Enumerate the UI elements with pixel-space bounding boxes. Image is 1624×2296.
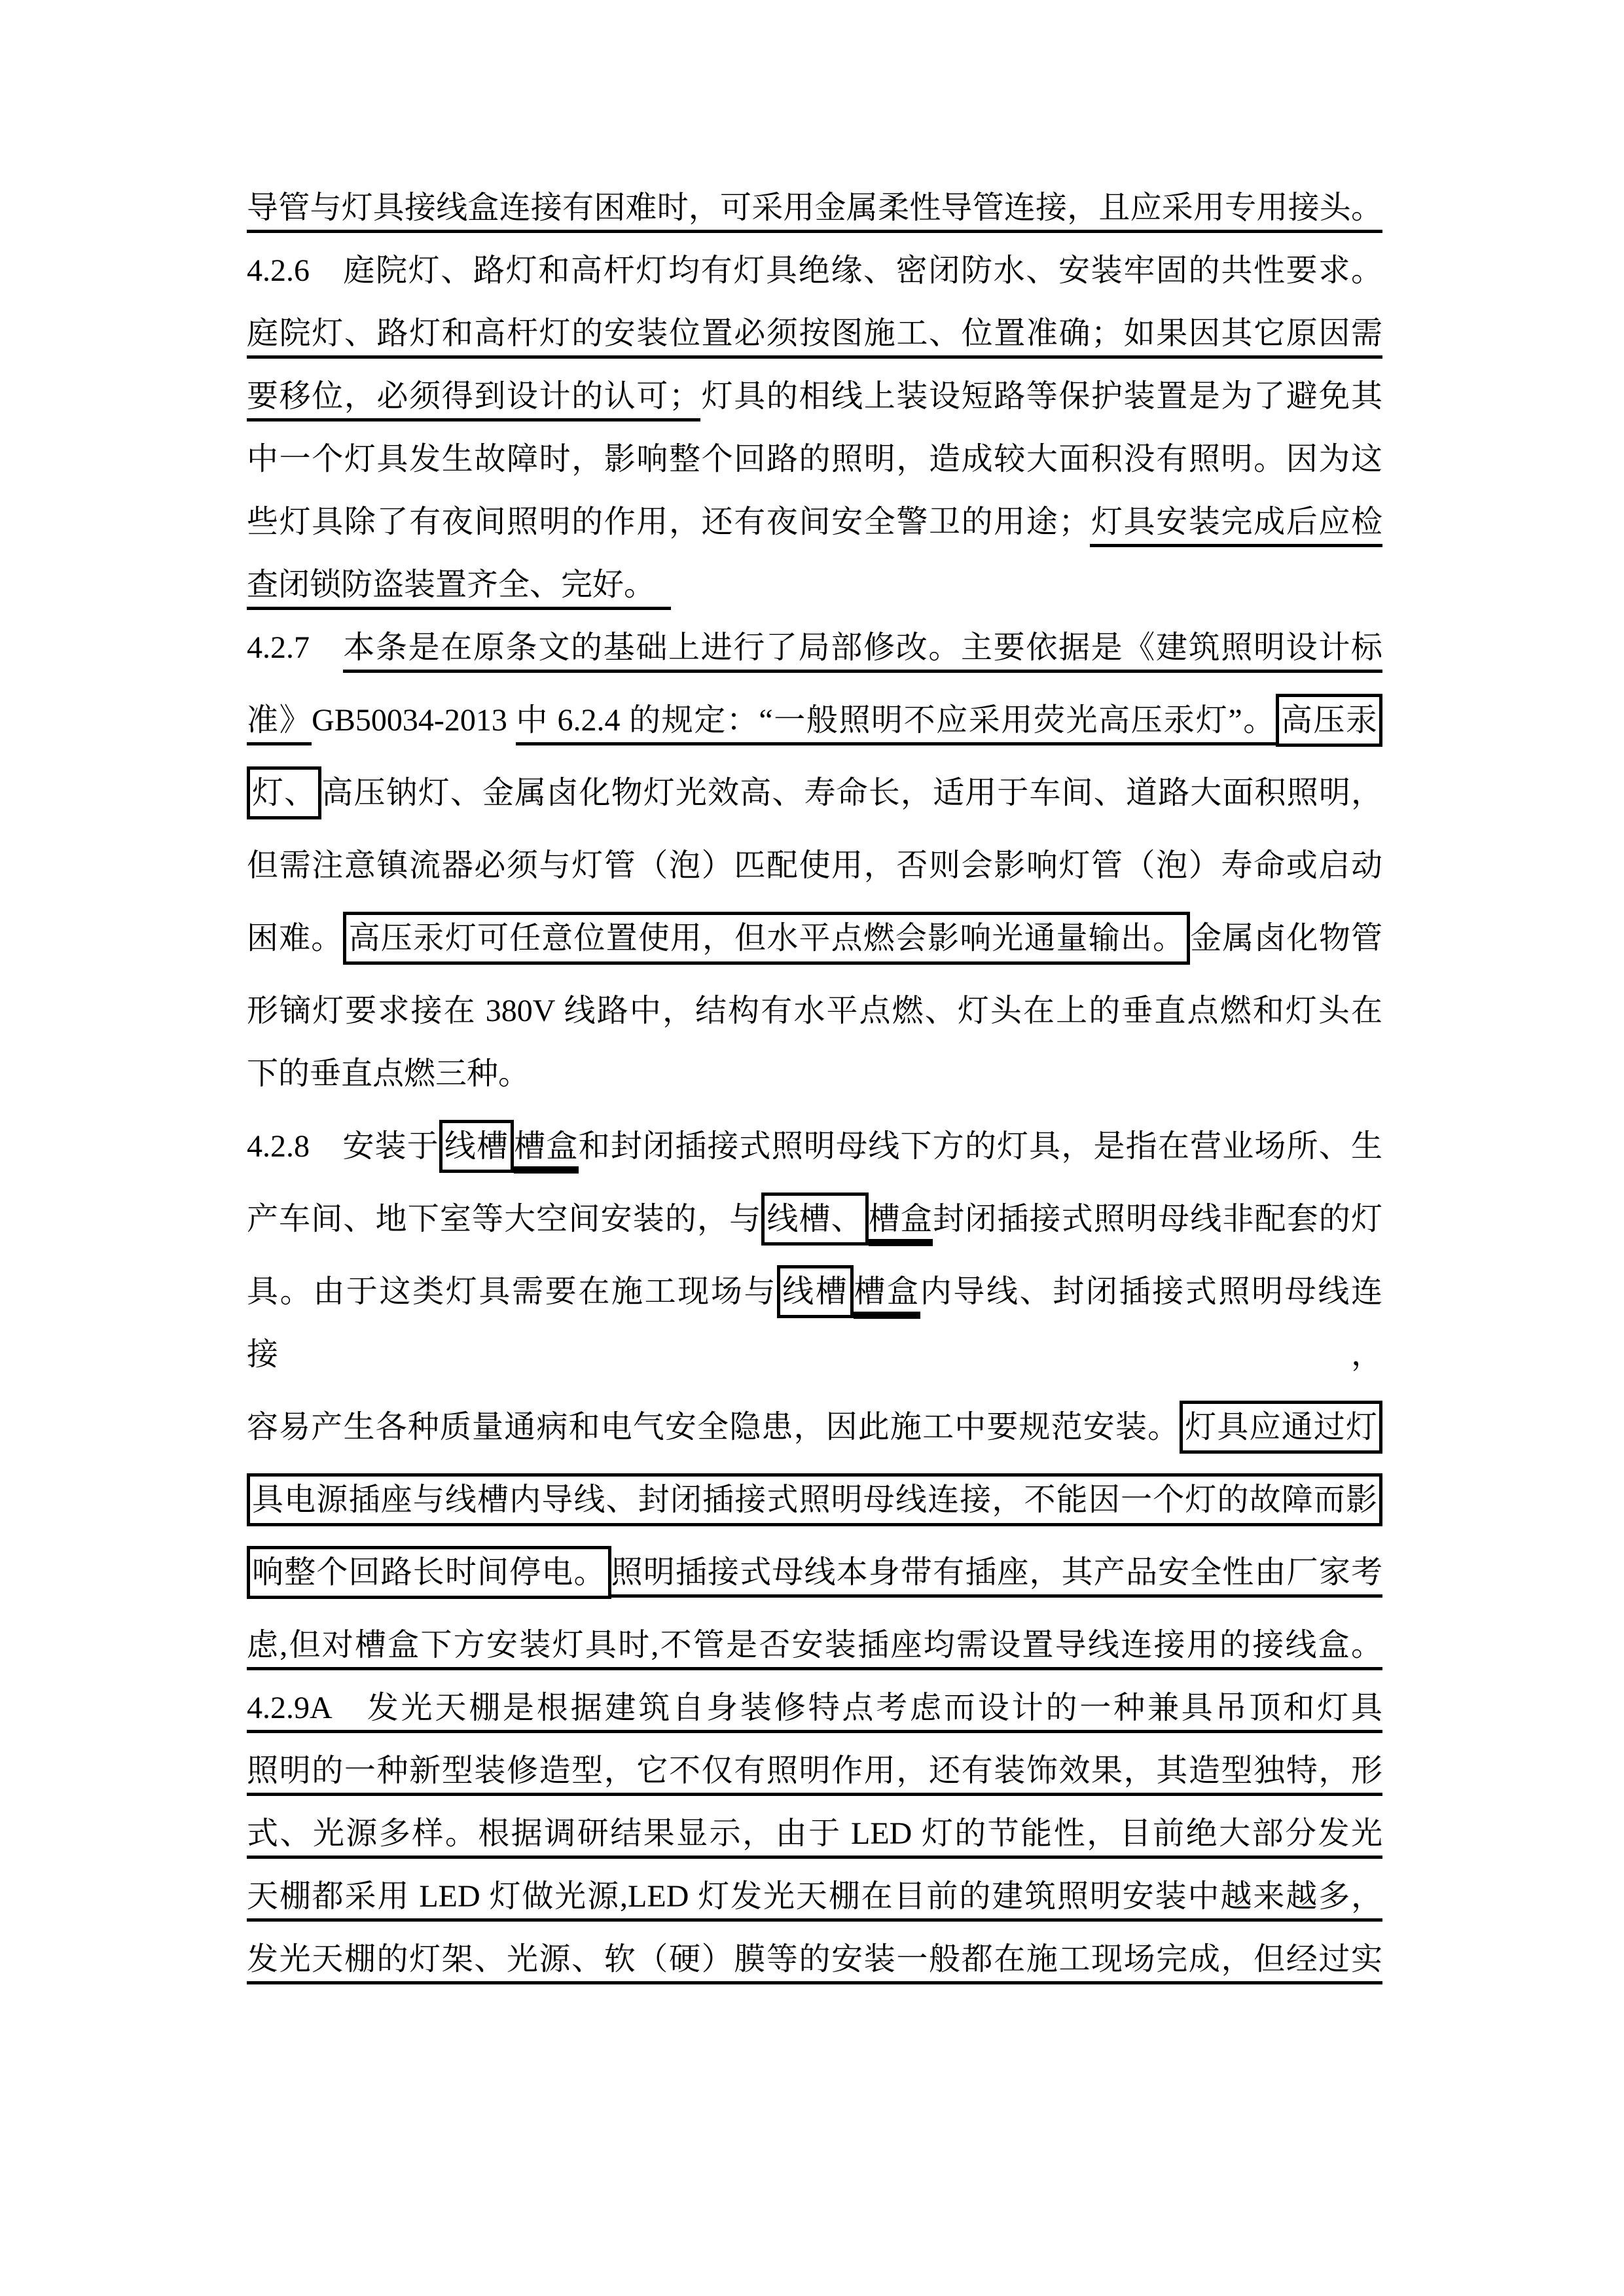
text-line: 4.2.8 安装于线槽槽盒和封闭插接式照明母线下方的灯具，是指在营业场所、生 [247, 1115, 1382, 1178]
text-line: 查闭锁防盗装置齐全、完好。 [247, 554, 1382, 617]
text-line: 但需注意镇流器必须与灯管（泡）匹配使用，否则会影响灯管（泡）寿命或启动 [247, 834, 1382, 897]
text-segment: 和封闭插接式照明母线下方的灯具，是指在营业场所、生 [579, 1129, 1382, 1164]
text-segment: 灯具的相线上装设短路等保护装置是为了避免其 [700, 379, 1382, 414]
underlined-text-segment: 庭院灯、路灯和高杆灯的安装位置必须按图施工、位置准确；如果因其它原因需 [247, 316, 1382, 359]
text-segment: 但需注意镇流器必须与灯管（泡）匹配使用，否则会影响灯管（泡）寿命或启动 [247, 848, 1382, 883]
underlined-text-segment: 虑,但对槽盒下方安装灯具时,不管是否安装插座均需设置导线连接用的接线盒。 [247, 1628, 1382, 1670]
underlined-text-segment: 4.2.9A 发光天棚是根据建筑自身装修特点考虑而设计的一种兼具吊顶和灯具 [247, 1691, 1382, 1733]
text-line: 虑,但对槽盒下方安装灯具时,不管是否安装插座均需设置导线连接用的接线盒。 [247, 1614, 1382, 1677]
text-segment: 困难。 [247, 921, 343, 956]
thick-underlined-text-segment: 槽盒 [514, 1129, 578, 1174]
underlined-text-segment: 要移位，必须得到设计的认可； [247, 379, 700, 422]
text-segment: 封闭插接式照明母线非配套的灯 [933, 1202, 1382, 1236]
text-segment: 具。由于这类灯具需要在施工现场与 [247, 1274, 777, 1309]
text-line: 要移位，必须得到设计的认可；灯具的相线上装设短路等保护装置是为了避免其 [247, 365, 1382, 428]
boxed-text-segment: 线槽 [777, 1265, 854, 1318]
text-line: 发光天棚的灯架、光源、软（硬）膜等的安装一般都在施工现场完成，但经过实 [247, 1928, 1382, 1991]
text-line: 些灯具除了有夜间照明的作用，还有夜间安全警卫的用途；灯具安装完成后应检 [247, 491, 1382, 554]
text-line: 下的垂直点燃三种。 [247, 1043, 1382, 1105]
boxed-text-segment: 灯具应通过灯 [1180, 1401, 1382, 1454]
text-line: 产车间、地下室等大空间安装的，与线槽、槽盒封闭插接式照明母线非配套的灯 [247, 1188, 1382, 1251]
document-page: 导管与灯具接线盒连接有困难时，可采用金属柔性导管连接，且应采用专用接头。4.2.… [247, 177, 1382, 1991]
text-line: 中一个灯具发生故障时，影响整个回路的照明，造成较大面积没有照明。因为这 [247, 428, 1382, 491]
text-line: 形镝灯要求接在 380V 线路中，结构有水平点燃、灯头在上的垂直点燃和灯头在 [247, 980, 1382, 1043]
text-line: 4.2.7 本条是在原条文的基础上进行了局部修改。主要依据是《建筑照明设计标 [247, 617, 1382, 679]
underlined-text-segment: 照明插接式母线本身带有插座，其产品安全性由厂家考 [611, 1555, 1382, 1598]
text-line: 庭院灯、路灯和高杆灯的安装位置必须按图施工、位置准确；如果因其它原因需 [247, 302, 1382, 365]
text-line: 灯、高压钠灯、金属卤化物灯光效高、寿命长，适用于车间、道路大面积照明， [247, 762, 1382, 825]
boxed-text-segment: 高压汞 [1276, 694, 1382, 747]
underlined-text-segment: 中 6.2.4 的规定：“一般照明不应采用荧光高压汞灯”。 [516, 703, 1275, 745]
underlined-text-segment: 天棚都采用 LED 灯做光源,LED 灯发光天棚在目前的建筑照明安装中越来越多， [247, 1879, 1382, 1922]
underlined-text-segment: 导管与灯具接线盒连接有困难时，可采用金属柔性导管连接，且应采用专用接头。 [247, 190, 1382, 233]
text-line: 式、光源多样。根据调研结果显示，由于 LED 灯的节能性，目前绝大部分发光 [247, 1803, 1382, 1865]
text-line: 准》GB50034-2013 中 6.2.4 的规定：“一般照明不应采用荧光高压… [247, 689, 1382, 752]
text-line: 具电源插座与线槽内导线、封闭插接式照明母线连接，不能因一个灯的故障而影 [247, 1469, 1382, 1532]
text-line: 4.2.6 庭院灯、路灯和高杆灯均有灯具绝缘、密闭防水、安装牢固的共性要求。 [247, 240, 1382, 302]
boxed-text-segment: 线槽 [439, 1120, 514, 1173]
text-segment: 中一个灯具发生故障时，影响整个回路的照明，造成较大面积没有照明。因为这 [247, 442, 1382, 476]
text-line: 具。由于这类灯具需要在施工现场与线槽槽盒内导线、封闭插接式照明母线连接， [247, 1261, 1382, 1386]
text-segment: 下的垂直点燃三种。 [247, 1056, 530, 1091]
text-segment: 4.2.7 [247, 630, 343, 665]
boxed-text-segment: 响整个回路长时间停电。 [247, 1546, 611, 1599]
text-line: 照明的一种新型装修造型，它不仅有照明作用，还有装饰效果，其造型独特，形 [247, 1740, 1382, 1803]
text-segment: 容易产生各种质量通病和电气安全隐患，因此施工中要规范安装。 [247, 1410, 1180, 1444]
text-segment: 金属卤化物管 [1190, 921, 1382, 956]
underlined-text-segment: 本条是在原条文的基础上进行了局部修改。主要依据是《建筑照明设计标 [343, 630, 1382, 673]
boxed-text-segment: 具电源插座与线槽内导线、封闭插接式照明母线连接，不能因一个灯的故障而影 [247, 1473, 1382, 1526]
text-line: 天棚都采用 LED 灯做光源,LED 灯发光天棚在目前的建筑照明安装中越来越多， [247, 1865, 1382, 1928]
text-segment: 4.2.8 安装于 [247, 1129, 439, 1164]
text-segment: 些灯具除了有夜间照明的作用，还有夜间安全警卫的用途； [247, 505, 1090, 539]
thick-underlined-text-segment: 槽盒 [869, 1202, 933, 1246]
text-line: 4.2.9A 发光天棚是根据建筑自身装修特点考虑而设计的一种兼具吊顶和灯具 [247, 1677, 1382, 1740]
underlined-text-segment: 式、光源多样。根据调研结果显示，由于 LED 灯的节能性，目前绝大部分发光 [247, 1816, 1382, 1859]
underlined-text-segment: 照明的一种新型装修造型，它不仅有照明作用，还有装饰效果，其造型独特，形 [247, 1753, 1382, 1796]
boxed-text-segment: 线槽、 [761, 1193, 868, 1246]
underlined-text-segment: 准》 [247, 703, 312, 745]
text-line: 响整个回路长时间停电。照明插接式母线本身带有插座，其产品安全性由厂家考 [247, 1541, 1382, 1604]
underlined-text-segment: 灯具安装完成后应检 [1090, 505, 1382, 547]
boxed-text-segment: 高压汞灯可任意位置使用，但水平点燃会影响光通量输出。 [343, 912, 1190, 965]
text-line: 容易产生各种质量通病和电气安全隐患，因此施工中要规范安装。灯具应通过灯 [247, 1396, 1382, 1459]
text-segment: 形镝灯要求接在 380V 线路中，结构有水平点燃、灯头在上的垂直点燃和灯头在 [247, 994, 1382, 1028]
text-segment: 高压钠灯、金属卤化物灯光效高、寿命长，适用于车间、道路大面积照明， [321, 776, 1382, 810]
underlined-text-segment: 发光天棚的灯架、光源、软（硬）膜等的安装一般都在施工现场完成，但经过实 [247, 1942, 1382, 1984]
underlined-text-segment: 查闭锁防盗装置齐全、完好。 [247, 567, 671, 610]
text-segment: 4.2.6 庭院灯、路灯和高杆灯均有灯具绝缘、密闭防水、安装牢固的共性要求。 [247, 253, 1382, 288]
text-segment: GB50034-2013 [312, 703, 516, 738]
thick-underlined-text-segment: 槽盒 [854, 1274, 920, 1319]
text-line: 困难。高压汞灯可任意位置使用，但水平点燃会影响光通量输出。金属卤化物管 [247, 907, 1382, 970]
text-segment: 产车间、地下室等大空间安装的，与 [247, 1202, 761, 1236]
boxed-text-segment: 灯、 [247, 766, 321, 819]
text-line: 导管与灯具接线盒连接有困难时，可采用金属柔性导管连接，且应采用专用接头。 [247, 177, 1382, 240]
